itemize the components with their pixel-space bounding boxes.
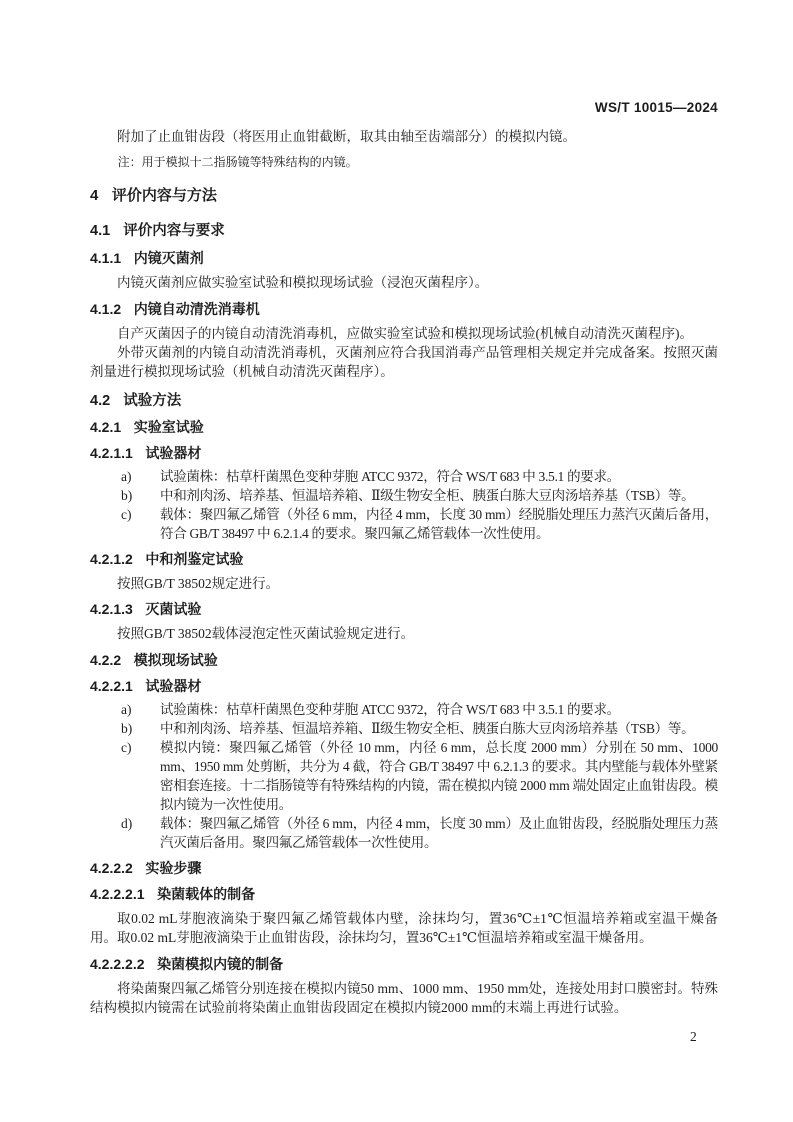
heading-4-2-1-2: 4.2.1.2中和剂鉴定试验 <box>90 550 718 569</box>
paragraph-4-2-1-3: 按照GB/T 38502载体浸泡定性灭菌试验规定进行。 <box>90 624 718 643</box>
lead-note: 注：用于模拟十二指肠镜等特殊结构的内镜。 <box>90 154 718 170</box>
clause-title: 实验室试验 <box>134 419 204 435</box>
clause-number: 4.2 <box>90 393 110 409</box>
clause-number: 4.2.2.2.1 <box>90 886 145 902</box>
list-marker: a) <box>121 700 132 719</box>
list-text: 试验菌株：枯草杆菌黑色变种芽胞 ATCC 9372，符合 WS/T 683 中 … <box>160 469 620 484</box>
clause-number: 4.1.2 <box>90 301 121 317</box>
list-marker: c) <box>121 505 132 524</box>
clause-number: 4.2.1.2 <box>90 551 133 567</box>
clause-title: 内镜灭菌剂 <box>134 250 204 266</box>
heading-4-2-1-1: 4.2.1.1试验器材 <box>90 444 718 463</box>
list-text: 中和剂肉汤、培养基、恒温培养箱、Ⅱ级生物安全柜、胰蛋白胨大豆肉汤培养基（TSB）… <box>160 721 694 736</box>
clause-number: 4.1.1 <box>90 250 121 266</box>
doc-code: WS/T 10015—2024 <box>595 100 718 115</box>
clause-title: 中和剂鉴定试验 <box>145 551 243 567</box>
clause-title: 评价内容与方法 <box>112 187 217 204</box>
list-text: 载体：聚四氟乙烯管（外径 6 mm，内径 4 mm，长度 30 mm）经脱脂处理… <box>160 507 718 541</box>
list-item: a)试验菌株：枯草杆菌黑色变种芽胞 ATCC 9372，符合 WS/T 683 … <box>90 700 718 719</box>
equipment-list-field: a)试验菌株：枯草杆菌黑色变种芽胞 ATCC 9372，符合 WS/T 683 … <box>90 700 718 852</box>
list-marker: c) <box>121 738 132 757</box>
clause-title: 内镜自动清洗消毒机 <box>134 301 260 317</box>
clause-number: 4.2.2.2.2 <box>90 956 145 972</box>
heading-4-1-2: 4.1.2内镜自动清洗消毒机 <box>90 300 718 319</box>
clause-title: 试验器材 <box>145 678 201 694</box>
paragraph-4-2-1-2: 按照GB/T 38502规定进行。 <box>90 574 718 593</box>
clause-number: 4 <box>90 187 98 204</box>
clause-number: 4.1 <box>90 223 110 239</box>
list-item: b)中和剂肉汤、培养基、恒温培养箱、Ⅱ级生物安全柜、胰蛋白胨大豆肉汤培养基（TS… <box>90 719 718 738</box>
clause-number: 4.2.2.1 <box>90 678 133 694</box>
clause-title: 评价内容与要求 <box>123 223 225 239</box>
page-number: 2 <box>690 1029 697 1045</box>
paragraph-4-2-2-2-1: 取0.02 mL芽胞液滴染于聚四氟乙烯管载体内壁，涂抹均匀，置36℃±1℃恒温培… <box>90 909 718 947</box>
list-item: d)载体：聚四氟乙烯管（外径 6 mm，内径 4 mm，长度 30 mm）及止血… <box>90 814 718 852</box>
heading-4-2-2-2-1: 4.2.2.2.1染菌载体的制备 <box>90 885 718 904</box>
heading-4-2: 4.2试验方法 <box>90 391 718 411</box>
clause-number: 4.2.2.2 <box>90 860 133 876</box>
list-item: c)模拟内镜：聚四氟乙烯管（外径 10 mm，内径 6 mm，总长度 2000 … <box>90 738 718 814</box>
list-item: c)载体：聚四氟乙烯管（外径 6 mm，内径 4 mm，长度 30 mm）经脱脂… <box>90 505 718 543</box>
heading-4-2-2-2: 4.2.2.2实验步骤 <box>90 859 718 878</box>
list-item: b)中和剂肉汤、培养基、恒温培养箱、Ⅱ级生物安全柜、胰蛋白胨大豆肉汤培养基（TS… <box>90 486 718 505</box>
heading-4-1-1: 4.1.1内镜灭菌剂 <box>90 249 718 268</box>
document-page: WS/T 10015—2024 附加了止血钳齿段（将医用止血钳截断，取其由轴至齿… <box>0 0 793 1122</box>
list-item: a)试验菌株：枯草杆菌黑色变种芽胞 ATCC 9372，符合 WS/T 683 … <box>90 467 718 486</box>
heading-4-2-1: 4.2.1实验室试验 <box>90 418 718 437</box>
list-text: 模拟内镜：聚四氟乙烯管（外径 10 mm，内径 6 mm，总长度 2000 mm… <box>160 740 718 812</box>
clause-number: 4.2.2 <box>90 652 121 668</box>
paragraph-4-2-2-2-2: 将染菌聚四氟乙烯管分别连接在模拟内镜50 mm、1000 mm、1950 mm处… <box>90 979 718 1017</box>
clause-title: 染菌模拟内镜的制备 <box>157 956 283 972</box>
clause-title: 灭菌试验 <box>145 601 201 617</box>
heading-4-2-2-2-2: 4.2.2.2.2染菌模拟内镜的制备 <box>90 955 718 974</box>
clause-title: 模拟现场试验 <box>134 652 218 668</box>
heading-4-1: 4.1评价内容与要求 <box>90 221 718 241</box>
equipment-list-lab: a)试验菌株：枯草杆菌黑色变种芽胞 ATCC 9372，符合 WS/T 683 … <box>90 467 718 543</box>
lead-paragraph: 附加了止血钳齿段（将医用止血钳截断，取其由轴至齿端部分）的模拟内镜。 <box>90 127 718 146</box>
paragraph-4-1-2-b: 外带灭菌剂的内镜自动清洗消毒机，灭菌剂应符合我国消毒产品管理相关规定并完成备案。… <box>90 343 718 381</box>
list-marker: b) <box>121 719 132 738</box>
heading-4-2-2-1: 4.2.2.1试验器材 <box>90 677 718 696</box>
list-text: 试验菌株：枯草杆菌黑色变种芽胞 ATCC 9372，符合 WS/T 683 中 … <box>160 702 620 717</box>
clause-title: 染菌载体的制备 <box>157 886 255 902</box>
clause-title: 试验方法 <box>123 393 181 409</box>
list-marker: b) <box>121 486 132 505</box>
list-text: 载体：聚四氟乙烯管（外径 6 mm，内径 4 mm，长度 30 mm）及止血钳齿… <box>160 816 718 850</box>
heading-4-2-1-3: 4.2.1.3灭菌试验 <box>90 600 718 619</box>
heading-4: 4评价内容与方法 <box>90 186 718 206</box>
heading-4-2-2: 4.2.2模拟现场试验 <box>90 651 718 670</box>
paragraph-4-1-2-a: 自产灭菌因子的内镜自动清洗消毒机，应做实验室试验和模拟现场试验(机械自动清洗灭菌… <box>90 324 718 343</box>
clause-title: 试验器材 <box>145 445 201 461</box>
clause-number: 4.2.1 <box>90 419 121 435</box>
list-marker: d) <box>121 814 132 833</box>
list-text: 中和剂肉汤、培养基、恒温培养箱、Ⅱ级生物安全柜、胰蛋白胨大豆肉汤培养基（TSB）… <box>160 488 694 503</box>
list-marker: a) <box>121 467 132 486</box>
clause-number: 4.2.1.3 <box>90 601 133 617</box>
clause-number: 4.2.1.1 <box>90 445 133 461</box>
clause-title: 实验步骤 <box>145 860 201 876</box>
paragraph-4-1-1: 内镜灭菌剂应做实验室试验和模拟现场试验（浸泡灭菌程序）。 <box>90 273 718 292</box>
running-header: WS/T 10015—2024 <box>90 100 718 116</box>
